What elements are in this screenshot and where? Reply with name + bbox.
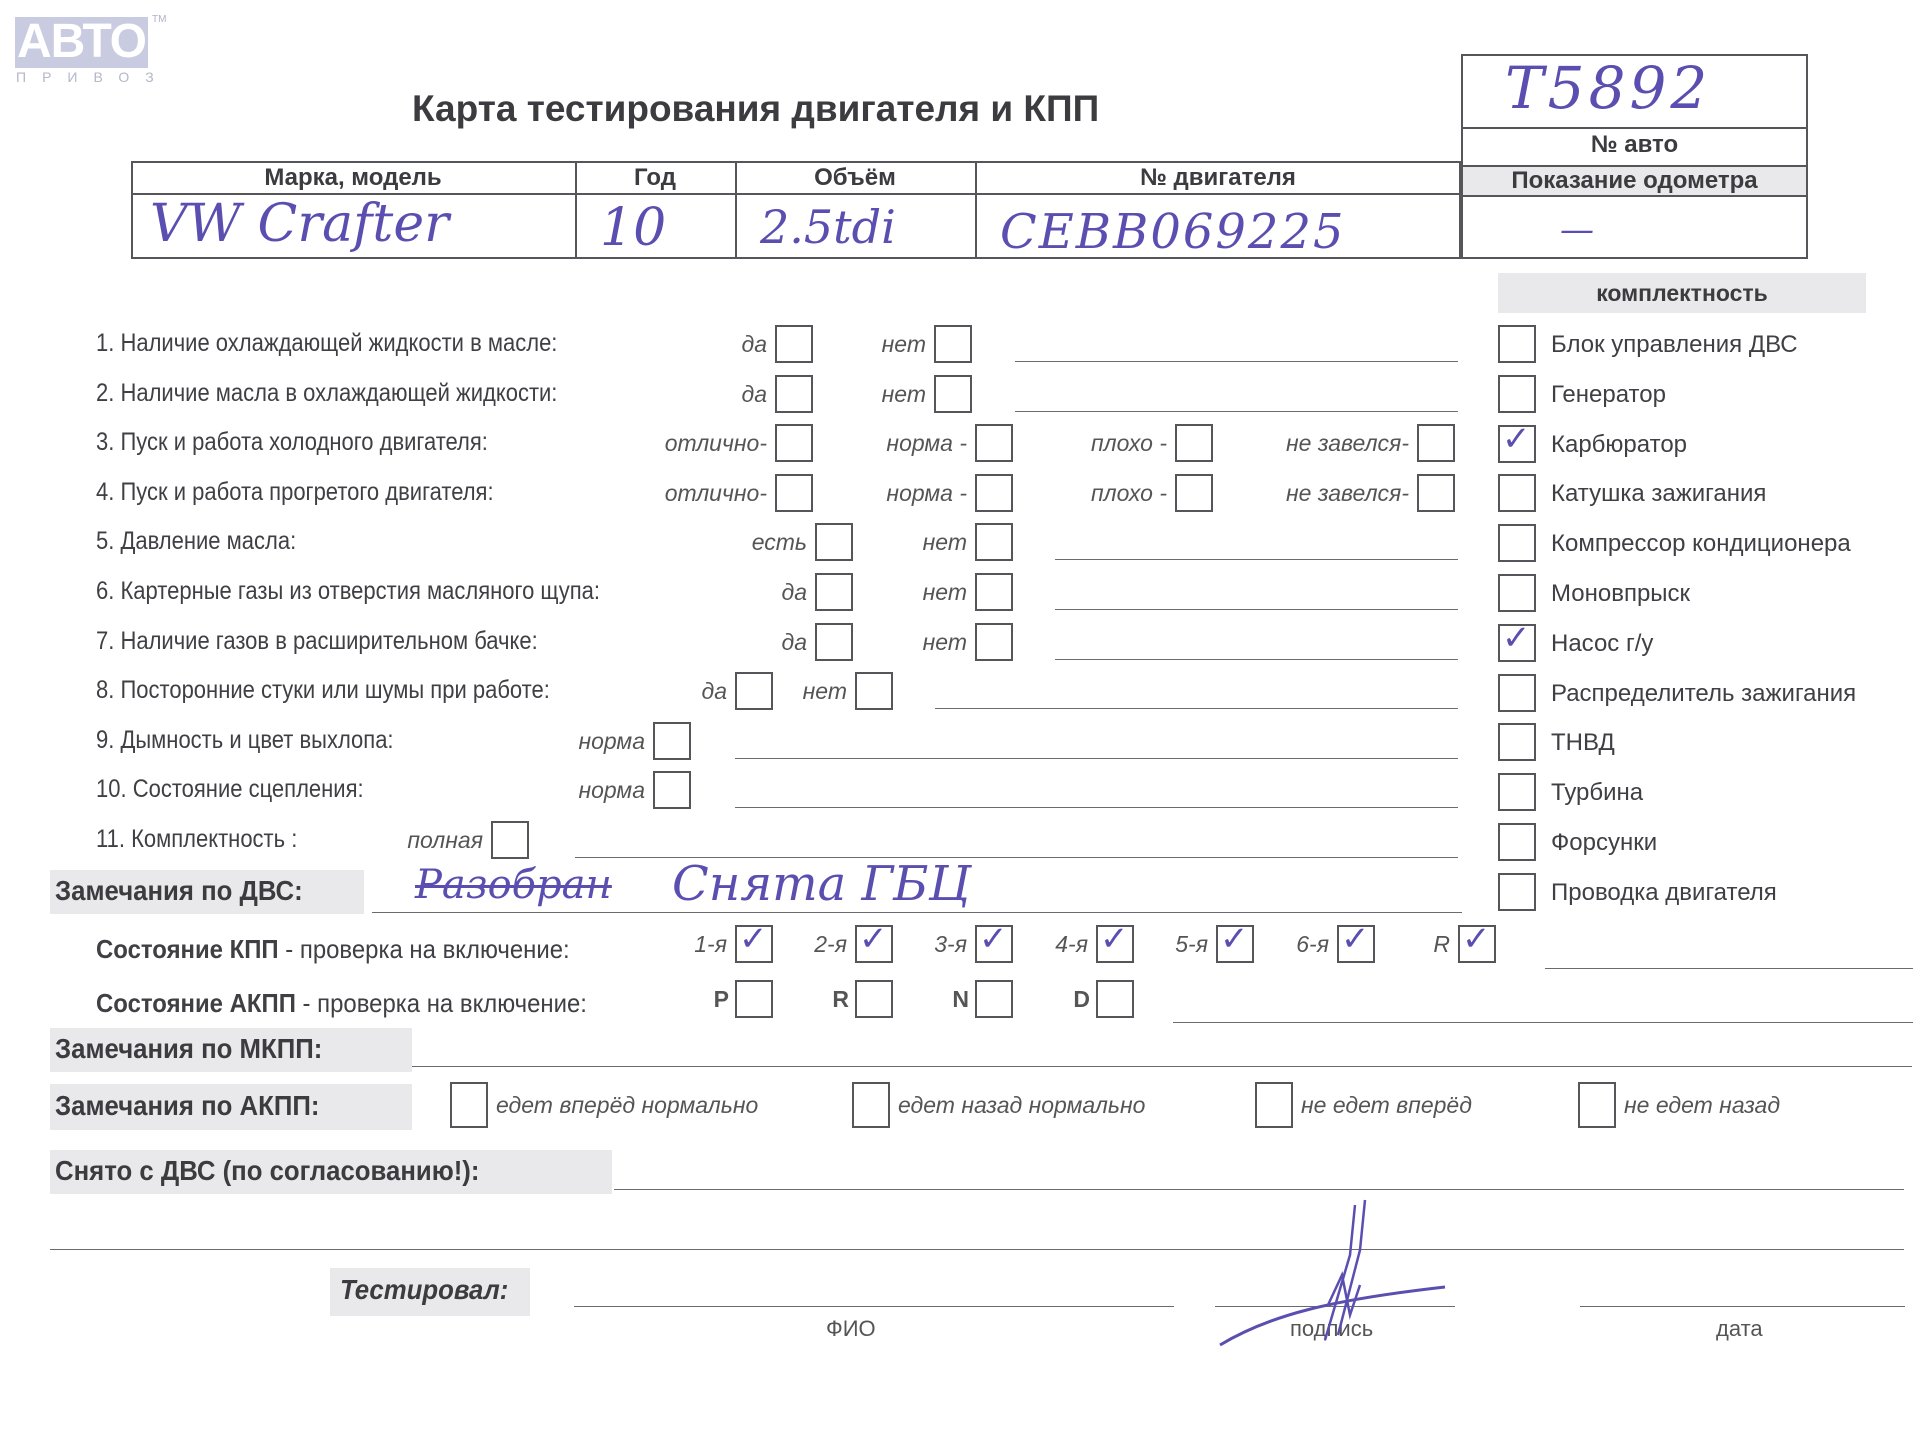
gear-checkbox[interactable] — [735, 925, 773, 963]
completeness-checkbox[interactable] — [1498, 873, 1536, 911]
check-item-label: 2. Наличие масла в охлаждающей жидкости: — [96, 379, 557, 408]
check-note-field[interactable] — [1055, 609, 1458, 610]
check-item-label: 10. Состояние сцепления: — [96, 775, 364, 804]
check-option-checkbox[interactable] — [1175, 424, 1213, 462]
completeness-item-label: Карбюратор — [1551, 431, 1687, 459]
check-option-checkbox[interactable] — [975, 474, 1013, 512]
check-item-label: 6. Картерные газы из отверстия масляного… — [96, 577, 600, 606]
make-model-field[interactable]: VW Crafter — [150, 194, 449, 254]
manual-gearbox-label: Состояние КПП - проверка на включение: — [96, 934, 570, 965]
auto-gear-label: R — [795, 986, 849, 1013]
car-number-label: № авто — [1461, 131, 1808, 159]
gear-label: 4-я — [1016, 931, 1088, 958]
year-field[interactable]: 10 — [600, 198, 666, 258]
auto-gear-checkbox[interactable] — [975, 980, 1013, 1018]
completeness-item-label: Форсунки — [1551, 829, 1657, 857]
check-option-checkbox[interactable] — [775, 474, 813, 512]
check-item-label: 7. Наличие газов в расширительном бачке: — [96, 627, 538, 656]
check-note-field[interactable] — [735, 807, 1458, 808]
logo-trademark: TM — [152, 14, 166, 25]
check-option-label: не завелся- — [1257, 480, 1409, 507]
check-option-label: отлично- — [615, 480, 767, 507]
gear-label: R — [1378, 931, 1450, 958]
check-item-label: 3. Пуск и работа холодного двигателя: — [96, 428, 488, 457]
test-date-field[interactable] — [1580, 1306, 1905, 1307]
page-title: Карта тестирования двигателя и КПП — [412, 88, 1099, 130]
logo-brand: АВТО — [15, 14, 148, 69]
auto-gear-checkbox[interactable] — [1096, 980, 1134, 1018]
completeness-item-label: Блок управления ДВС — [1551, 331, 1798, 359]
engine-remarks-line — [372, 912, 1462, 913]
check-option-checkbox[interactable] — [934, 325, 972, 363]
gear-checkbox[interactable] — [1216, 925, 1254, 963]
logo-subtitle: ПРИВОЗ — [16, 69, 170, 85]
completeness-item-label: Проводка двигателя — [1551, 879, 1777, 907]
date-caption: дата — [1716, 1316, 1763, 1342]
completeness-item-label: Распределитель зажигания — [1551, 680, 1856, 708]
completeness-item-label: Катушка зажигания — [1551, 480, 1766, 508]
check-option-label: норма — [493, 777, 645, 804]
auto-remark-label: не едет вперёд — [1301, 1092, 1472, 1119]
check-option-label: да — [655, 579, 807, 606]
auto-remarks-label: Замечания по АКПП: — [55, 1090, 319, 1122]
auto-remark-label: едет вперёд нормально — [496, 1092, 758, 1119]
check-item-label: 5. Давление масла: — [96, 527, 296, 556]
tester-name-field[interactable] — [574, 1306, 1174, 1307]
check-item-label: 9. Дымность и цвет выхлопа: — [96, 726, 394, 755]
gear-checkbox[interactable] — [1096, 925, 1134, 963]
check-item-label: 1. Наличие охлаждающей жидкости в масле: — [96, 329, 557, 358]
check-option-checkbox[interactable] — [1417, 474, 1455, 512]
auto-gearbox-label: Состояние АКПП - проверка на включение: — [96, 988, 587, 1019]
completeness-checkbox[interactable] — [1498, 624, 1536, 662]
check-option-label: нет — [774, 331, 926, 358]
completeness-title: комплектность — [1498, 280, 1866, 307]
gear-label: 2-я — [775, 931, 847, 958]
check-option-label: полная — [331, 827, 483, 854]
check-option-label: норма - — [815, 430, 967, 457]
check-option-label: да — [615, 331, 767, 358]
check-option-label: плохо - — [1015, 480, 1167, 507]
completeness-item-label: Моновпрыск — [1551, 580, 1690, 608]
tested-by-label: Тестировал: — [340, 1274, 508, 1306]
check-note-field[interactable] — [735, 758, 1458, 759]
header-make-model: Марка, модель — [131, 164, 575, 192]
signature-scribble-icon — [1210, 1195, 1450, 1360]
check-option-checkbox[interactable] — [775, 424, 813, 462]
completeness-checkbox[interactable] — [1498, 823, 1536, 861]
completeness-checkbox[interactable] — [1498, 375, 1536, 413]
completeness-checkbox[interactable] — [1498, 773, 1536, 811]
check-option-label: отлично- — [615, 430, 767, 457]
gear-checkbox[interactable] — [1458, 925, 1496, 963]
auto-gear-label: D — [1036, 986, 1090, 1013]
check-option-label: норма — [493, 728, 645, 755]
check-option-checkbox[interactable] — [1417, 424, 1455, 462]
check-option-checkbox[interactable] — [975, 623, 1013, 661]
gear-label: 6-я — [1257, 931, 1329, 958]
check-note-field[interactable] — [935, 708, 1458, 709]
odometer-field[interactable]: — — [1560, 210, 1594, 250]
check-option-checkbox[interactable] — [653, 722, 691, 760]
name-caption: ФИО — [826, 1316, 876, 1342]
check-item-label: 4. Пуск и работа прогретого двигателя: — [96, 478, 494, 507]
manual-remarks-field[interactable] — [412, 1066, 1912, 1067]
auto-gearbox-label-bold: Состояние АКПП — [96, 988, 296, 1018]
box-divider — [1461, 127, 1808, 129]
engine-remarks-field[interactable]: Снята ГБЦ — [672, 856, 970, 912]
check-option-label: плохо - — [1015, 430, 1167, 457]
header-engine-number: № двигателя — [975, 164, 1461, 192]
auto-remark-label: не едет назад — [1624, 1092, 1780, 1119]
removed-field[interactable] — [614, 1189, 1904, 1190]
check-option-label: нет — [815, 629, 967, 656]
check-note-field[interactable] — [575, 857, 1458, 858]
box-divider — [1461, 195, 1808, 197]
check-option-label: нет — [815, 579, 967, 606]
gear-checkbox[interactable] — [855, 925, 893, 963]
check-note-field[interactable] — [1055, 659, 1458, 660]
completeness-checkbox[interactable] — [1498, 524, 1536, 562]
manual-gearbox-label-rest: - проверка на включение: — [279, 934, 570, 964]
auto-gear-label: P — [675, 986, 729, 1013]
completeness-item-label: Турбина — [1551, 779, 1643, 807]
auto-remark-label: едет назад нормально — [898, 1092, 1145, 1119]
engine-remarks-struck-text: Разобран — [415, 862, 612, 908]
check-note-field[interactable] — [1055, 559, 1458, 560]
header-year: Год — [575, 164, 735, 192]
check-option-checkbox[interactable] — [975, 523, 1013, 561]
check-item-label: 8. Посторонние стуки или шумы при работе… — [96, 676, 550, 705]
check-note-field[interactable] — [1015, 411, 1458, 412]
engine-number-field[interactable]: CEBB069225 — [1000, 204, 1346, 260]
auto-remark-checkbox[interactable] — [1255, 1082, 1293, 1128]
gear-label: 3-я — [895, 931, 967, 958]
manual-gearbox-line — [1545, 968, 1913, 969]
gear-checkbox[interactable] — [975, 925, 1013, 963]
check-note-field[interactable] — [1015, 361, 1458, 362]
completeness-checkbox[interactable] — [1498, 325, 1536, 363]
check-option-label: нет — [695, 678, 847, 705]
completeness-checkbox[interactable] — [1498, 723, 1536, 761]
gear-checkbox[interactable] — [1337, 925, 1375, 963]
manual-gearbox-label-bold: Состояние КПП — [96, 934, 279, 964]
completeness-item-label: Генератор — [1551, 381, 1666, 409]
check-option-label: да — [655, 629, 807, 656]
check-option-label: норма - — [815, 480, 967, 507]
auto-gearbox-line — [1173, 1022, 1913, 1023]
manual-remarks-label: Замечания по МКПП: — [55, 1033, 322, 1065]
odometer-label: Показание одометра — [1461, 167, 1808, 195]
engine-remarks-label: Замечания по ДВС: — [55, 875, 303, 907]
car-number-field[interactable]: T5892 — [1505, 54, 1711, 122]
removed-field-line-2[interactable] — [50, 1249, 1904, 1250]
auto-remark-checkbox[interactable] — [450, 1082, 488, 1128]
check-option-checkbox[interactable] — [934, 375, 972, 413]
removed-label: Снято с ДВС (по согласованию!): — [55, 1155, 479, 1187]
check-option-label: нет — [815, 529, 967, 556]
completeness-checkbox[interactable] — [1498, 574, 1536, 612]
gear-label: 1-я — [655, 931, 727, 958]
completeness-item-label: ТНВД — [1551, 729, 1615, 757]
auto-gearbox-label-rest: - проверка на включение: — [296, 988, 587, 1018]
volume-field[interactable]: 2.5tdi — [760, 200, 896, 254]
completeness-item-label: Компрессор кондиционера — [1551, 530, 1851, 558]
auto-gear-label: N — [915, 986, 969, 1013]
check-option-checkbox[interactable] — [855, 672, 893, 710]
completeness-checkbox[interactable] — [1498, 425, 1536, 463]
check-option-label: нет — [774, 381, 926, 408]
auto-remark-checkbox[interactable] — [852, 1082, 890, 1128]
check-option-checkbox[interactable] — [1175, 474, 1213, 512]
auto-gear-checkbox[interactable] — [735, 980, 773, 1018]
check-option-checkbox[interactable] — [975, 424, 1013, 462]
check-option-checkbox[interactable] — [975, 573, 1013, 611]
check-option-checkbox[interactable] — [653, 771, 691, 809]
completeness-item-label: Насос г/у — [1551, 630, 1653, 658]
auto-gear-checkbox[interactable] — [855, 980, 893, 1018]
check-option-label: есть — [655, 529, 807, 556]
check-option-checkbox[interactable] — [491, 821, 529, 859]
check-item-label: 11. Комплектность : — [96, 825, 297, 854]
auto-remark-checkbox[interactable] — [1578, 1082, 1616, 1128]
completeness-checkbox[interactable] — [1498, 674, 1536, 712]
completeness-checkbox[interactable] — [1498, 474, 1536, 512]
check-option-label: да — [615, 381, 767, 408]
header-volume: Объём — [735, 164, 975, 192]
check-option-label: не завелся- — [1257, 430, 1409, 457]
gear-label: 5-я — [1136, 931, 1208, 958]
